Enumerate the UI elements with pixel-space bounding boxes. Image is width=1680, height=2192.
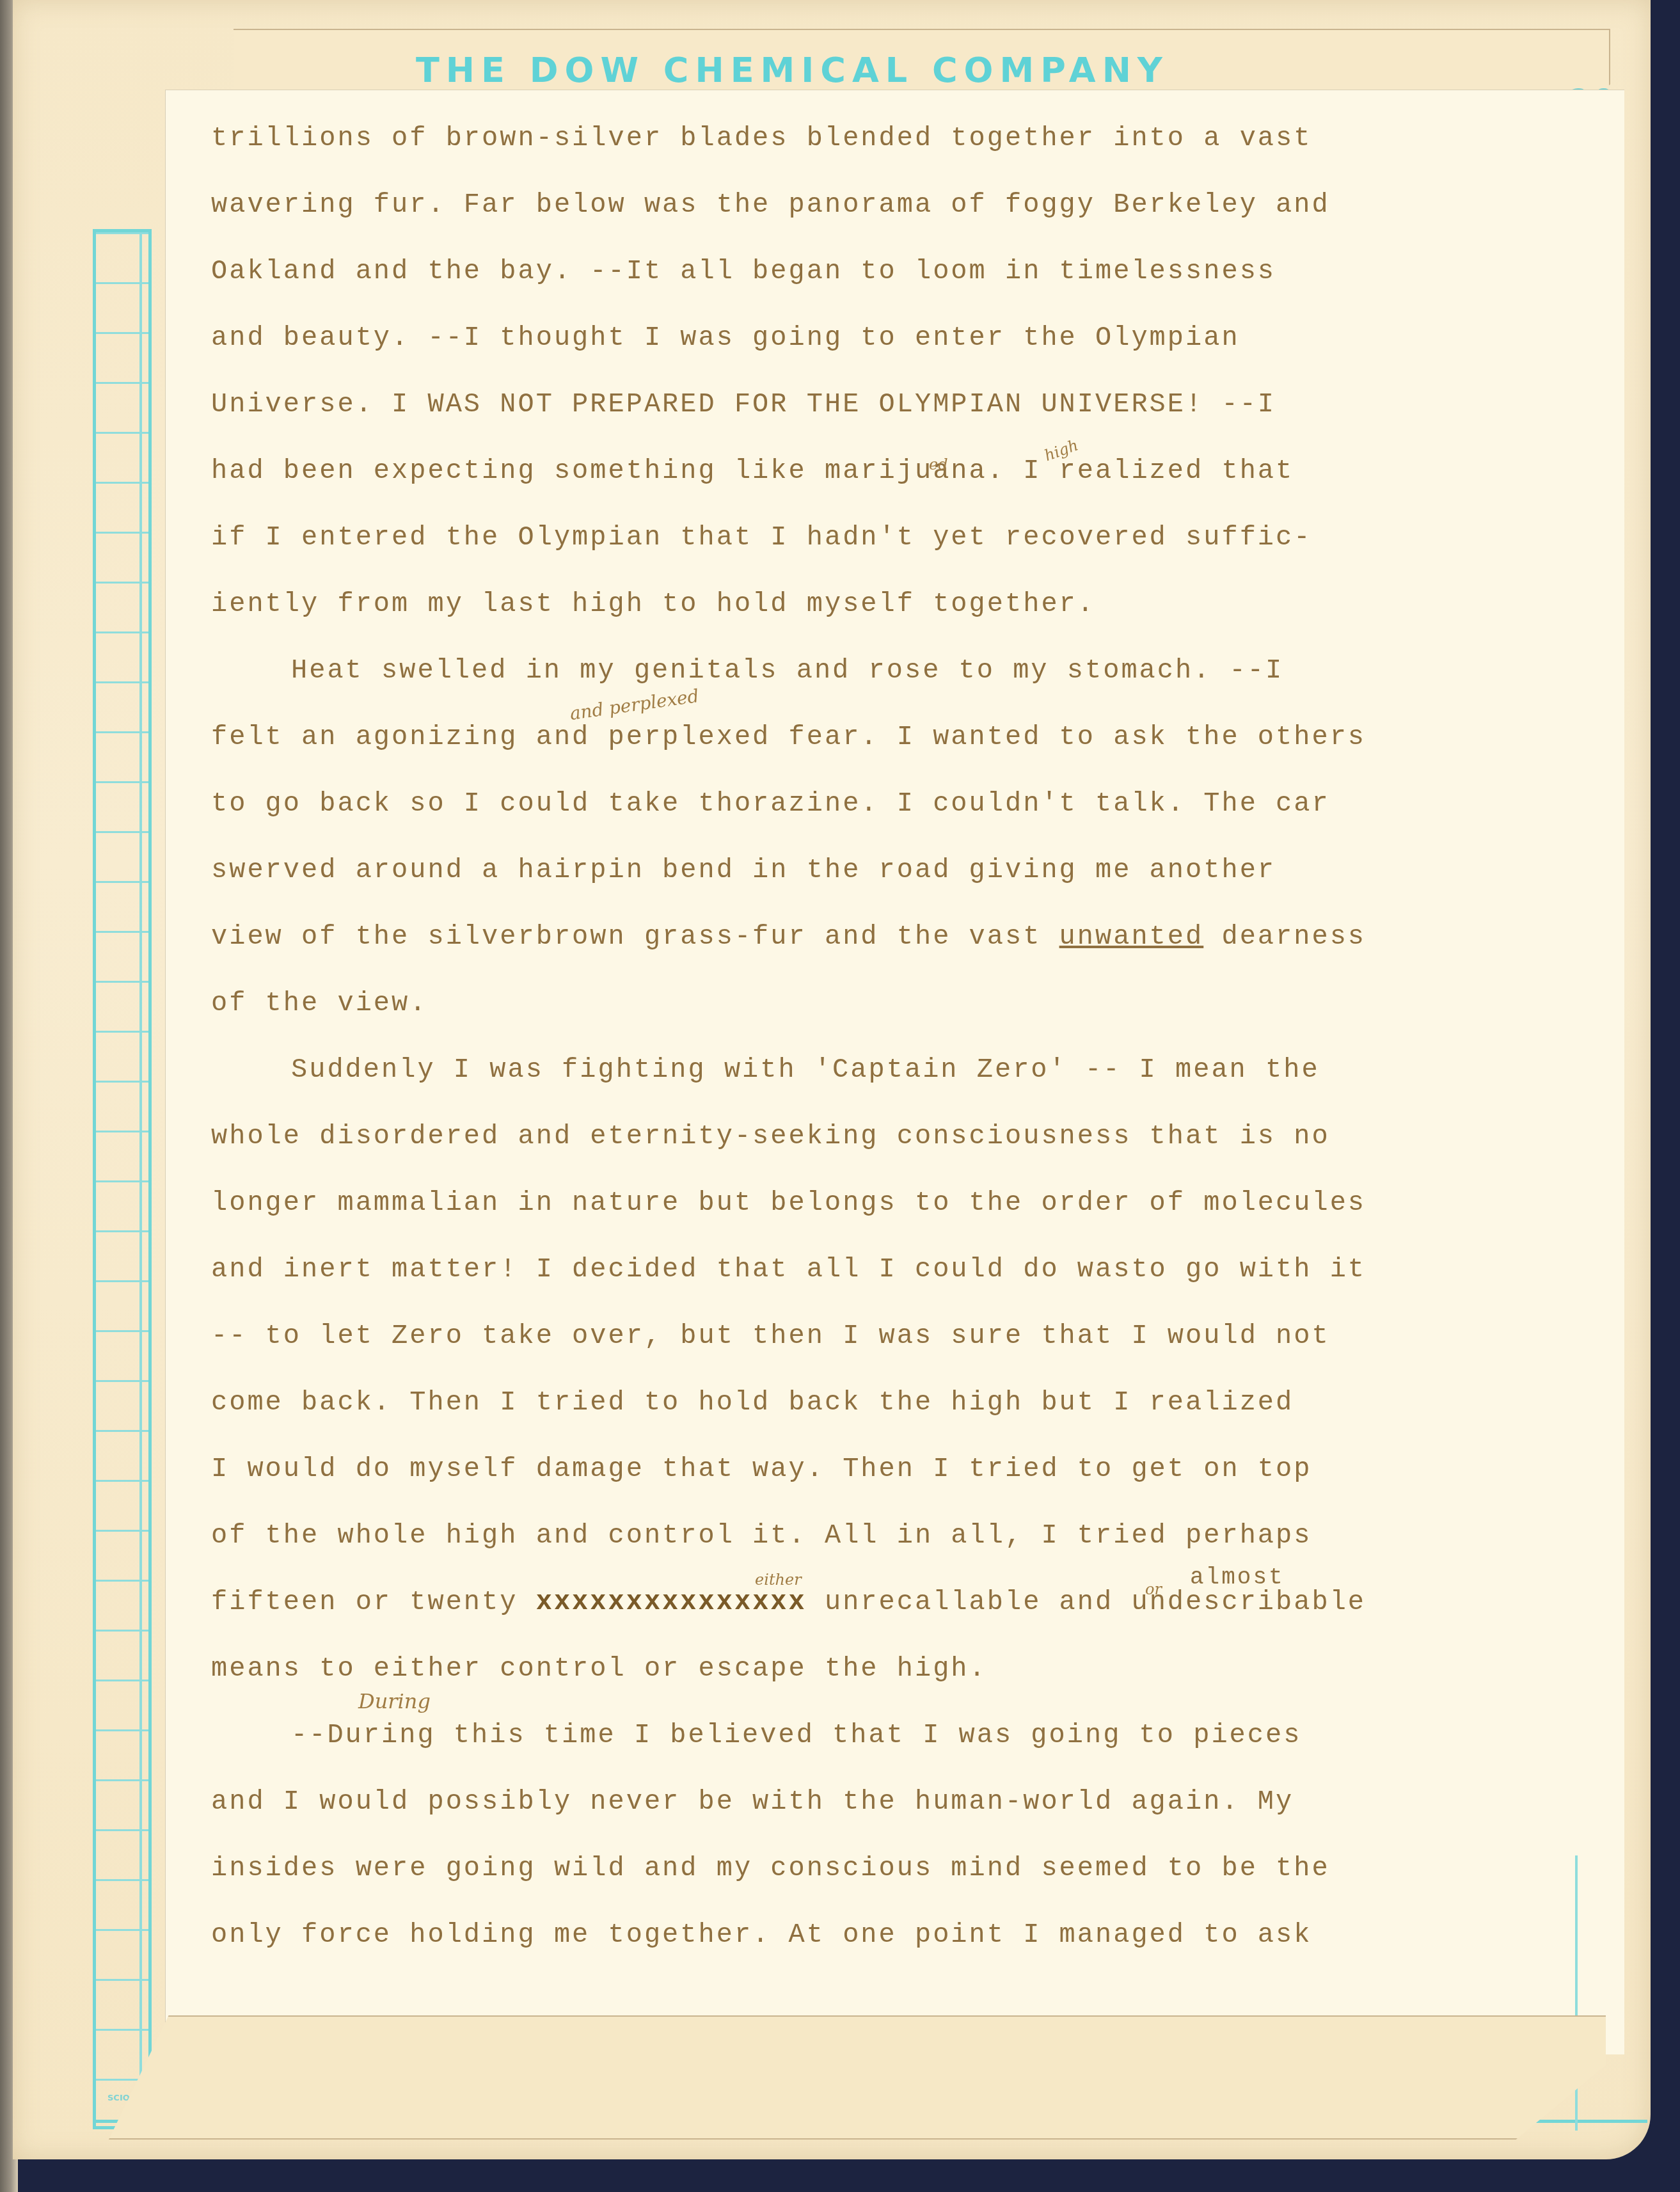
typed-line: only force holding me together. At one p… [211, 1919, 1312, 1950]
typed-line: felt an agonizing and perplexed fear. I … [211, 722, 1366, 752]
typed-line: view of the silverbrown grass-fur and th… [211, 921, 1366, 952]
handwritten-annotation-ed: ed [929, 456, 948, 473]
handwritten-annotation-either: either [755, 1571, 802, 1589]
typed-line: longer mammalian in nature but belongs t… [211, 1187, 1366, 1218]
typed-line: Suddenly I was fighting with 'Captain Ze… [291, 1054, 1320, 1085]
typed-line: wavering fur. Far below was the panorama… [211, 189, 1330, 220]
handwritten-annotation-or: or [1145, 1580, 1162, 1598]
typed-line: --During this time I believed that I was… [291, 1720, 1301, 1751]
struck-out-text: xxxxxxxxxxxxxxx [536, 1587, 807, 1617]
typed-line: come back. Then I tried to hold back the… [211, 1387, 1294, 1418]
typed-line: means to either control or escape the hi… [211, 1653, 987, 1684]
handwritten-annotation-during: During [358, 1689, 431, 1713]
typed-line: whole disordered and eternity-seeking co… [211, 1121, 1330, 1152]
typed-line: of the view. [211, 988, 427, 1019]
company-letterhead: THE DOW CHEMICAL COMPANY [416, 50, 1169, 90]
bottom-flap [109, 2015, 1606, 2140]
typed-line: and inert matter! I decided that all I c… [211, 1254, 1366, 1285]
typed-insert-almost: almost [1190, 1564, 1285, 1591]
typed-line: swerved around a hairpin bend in the roa… [211, 855, 1276, 886]
typed-line: Oakland and the bay. --It all began to l… [211, 256, 1276, 287]
typed-line: of the whole high and control it. All in… [211, 1520, 1312, 1551]
typed-line: Heat swelled in my genitals and rose to … [291, 655, 1283, 686]
typed-line: and beauty. --I thought I was going to e… [211, 322, 1240, 353]
typed-line: insides were going wild and my conscious… [211, 1853, 1330, 1884]
typed-line: had been expecting something like mariju… [211, 456, 1294, 486]
typed-line: iently from my last high to hold myself … [211, 589, 1095, 619]
typed-line: I would do myself damage that way. Then … [211, 1454, 1312, 1484]
typed-line: fifteen or twenty xxxxxxxxxxxxxxx unreca… [211, 1587, 1366, 1617]
underlined-word: unwanted [1059, 921, 1204, 952]
typed-line: to go back so I could take thorazine. I … [211, 788, 1330, 819]
typed-line: trillions of brown-silver blades blended… [211, 123, 1312, 154]
graph-paper-margin [93, 229, 152, 2129]
typed-line: -- to let Zero take over, but then I was… [211, 1321, 1330, 1351]
typed-line: and I would possibly never be with the h… [211, 1786, 1294, 1817]
typed-line: if I entered the Olympian that I hadn't … [211, 522, 1312, 553]
typed-line: Universe. I WAS NOT PREPARED FOR THE OLY… [211, 389, 1276, 420]
